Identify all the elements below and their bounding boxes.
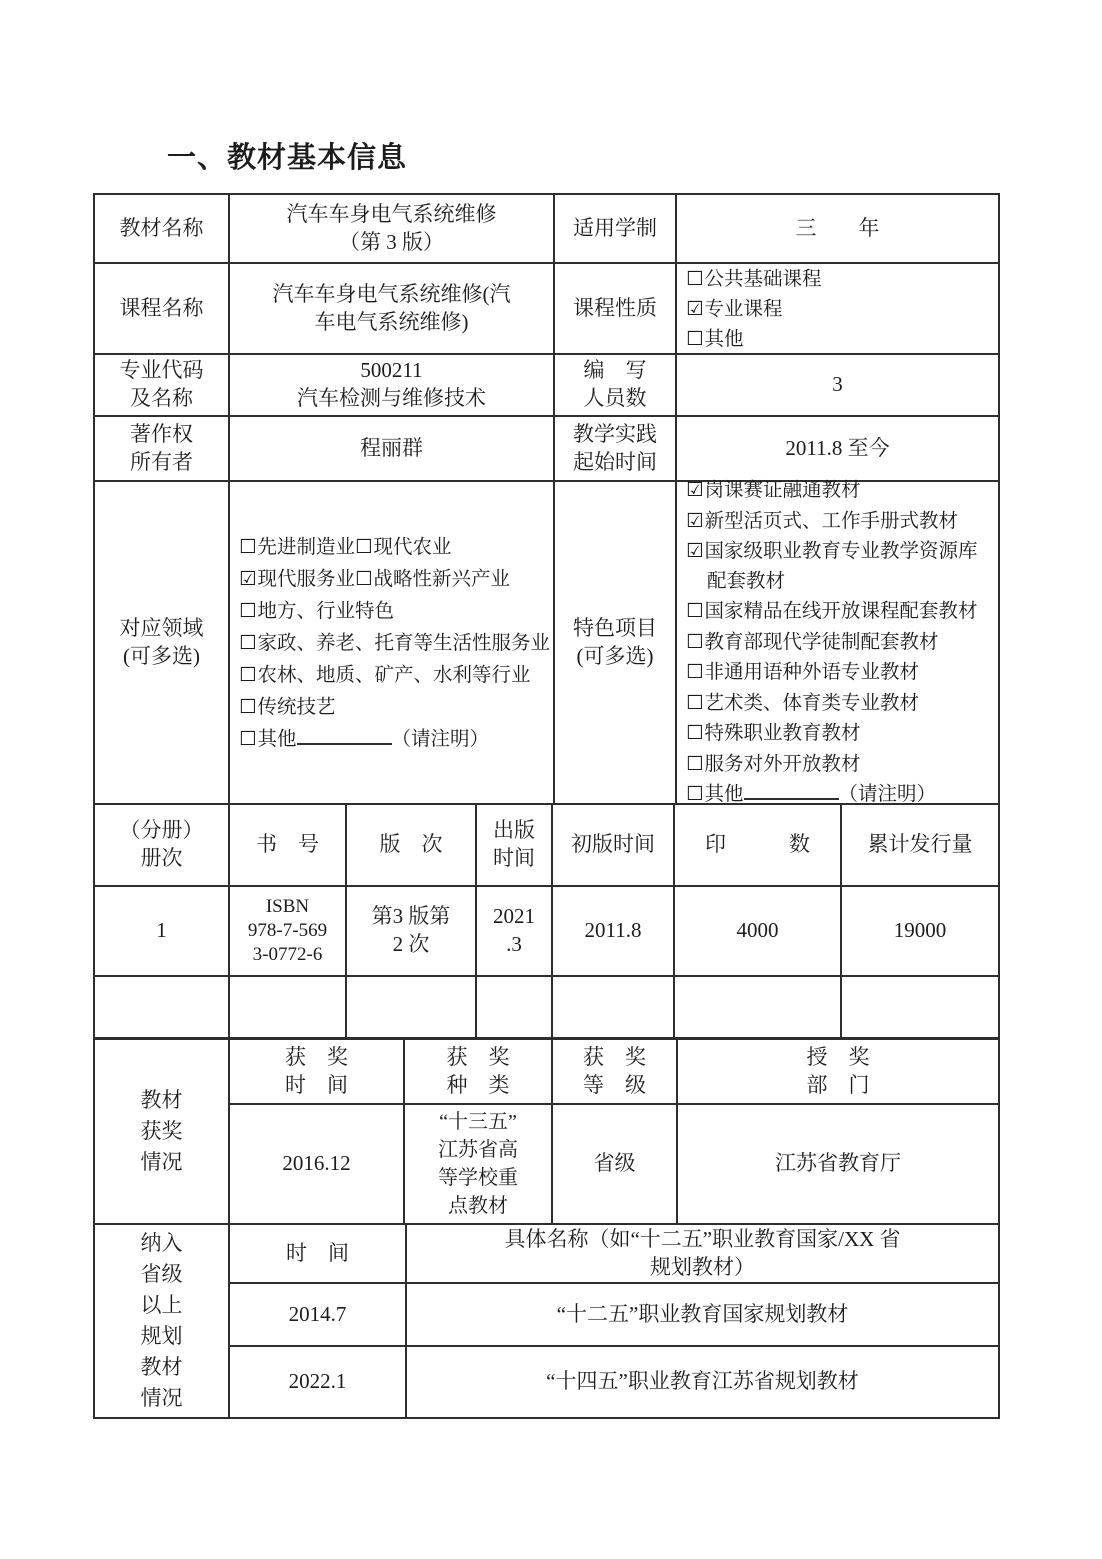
checkbox-icon[interactable]: ☐ [686,327,703,350]
field-label-copyright-owner: 著作权 所有者 [95,417,230,482]
checkbox-option: ☐非通用语种外语专业教材 [686,657,978,688]
column-header-print-count: 印 数 [675,805,842,887]
field-value-copyright-owner: 程丽群 [230,417,555,482]
checkbox-icon[interactable]: ☐ [355,535,372,558]
field-label-feature: 特色项目 (可多选) [555,482,677,805]
checkbox-icon[interactable]: ☐ [686,752,703,775]
cell-edition: 第3 版第 2 次 [347,887,477,977]
cell-plan-time: 2022.1 [230,1347,407,1419]
awards-header-row: 获 奖 时 间 获 奖 种 类 获 奖 等 级 授 奖 部 门 [230,1040,1000,1105]
column-header-total-circulation: 累计发行量 [842,805,1000,887]
table-row: 课程名称 汽车车身电气系统维修(汽 车电气系统维修) 课程性质 ☐公共基础课程 … [95,264,1000,355]
field-label-awards: 教材 获奖 情况 [95,1040,230,1225]
checkbox-option: ☐服务对外开放教材 [686,749,978,780]
cell-award-department: 江苏省教育厅 [678,1105,1000,1225]
field-value-author-count: 3 [677,355,1000,417]
column-header-plan-name: 具体名称（如“十二五”职业教育国家/XX 省 规划教材） [407,1225,1000,1284]
checkbox-option: ☑新型活页式、工作手册式教材 [686,506,978,537]
cell-total-circulation: 19000 [842,887,1000,977]
checkbox-option: ☐家政、养老、托育等生活性服务业 [239,627,550,659]
checkbox-option: ☐教育部现代学徒制配套教材 [686,627,978,658]
table-row: 专业代码 及名称 500211 汽车检测与维修技术 编 写 人员数 3 [95,355,1000,417]
planned-data-row: 2022.1 “十四五”职业教育江苏省规划教材 [230,1347,1000,1419]
checkbox-icon[interactable]: ☐ [686,267,703,290]
checkbox-option: ☐艺术类、体育类专业教材 [686,688,978,719]
publication-data-row: 1 ISBN 978-7-569 3-0772-6 第3 版第 2 次 2021… [95,887,1000,977]
field-label-domain: 对应领域 (可多选) [95,482,230,805]
option-label: 专业课程 [704,299,782,320]
column-header-award-time: 获 奖 时 间 [230,1040,405,1105]
option-label: 地方、行业特色 [257,601,394,622]
option-label: 特殊职业教育教材 [704,723,860,744]
checkbox-option: ☑专业课程 [686,294,822,324]
checkbox-icon[interactable]: ☐ [239,663,256,686]
publication-empty-row [95,977,1000,1040]
field-value-practice-start: 2011.8 至今 [677,417,1000,482]
option-suffix: （请注明） [839,784,937,805]
domain-options: ☐先进制造业☐现代农业 ☑现代服务业☐战略性新兴产业 ☐地方、行业特色 ☐家政、… [239,531,550,755]
field-label-planned-textbook: 纳入 省级 以上 规划 教材 情况 [95,1225,230,1419]
checkbox-option: ☐公共基础课程 [686,264,822,294]
checkbox-checked-icon[interactable]: ☑ [686,509,703,532]
checkbox-checked-icon[interactable]: ☑ [686,539,703,562]
option-label: 艺术类、体育类专业教材 [704,693,919,714]
field-label-author-count: 编 写 人员数 [555,355,677,417]
empty-cell [230,977,347,1040]
checkbox-option: ☐地方、行业特色 [239,595,550,627]
option-label: 国家精品在线开放课程配套教材 [704,601,977,622]
field-label-practice-start: 教学实践 起始时间 [555,417,677,482]
column-header-volume: （分册） 册次 [95,805,230,887]
empty-cell [553,977,675,1040]
column-header-award-department: 授 奖 部 门 [678,1040,1000,1105]
column-header-award-level: 获 奖 等 级 [553,1040,678,1105]
field-value-major-code: 500211 汽车检测与维修技术 [230,355,555,417]
cell-award-level: 省级 [553,1105,678,1225]
column-header-book-number: 书 号 [230,805,347,887]
option-label: 公共基础课程 [704,269,821,290]
field-label-course-name: 课程名称 [95,264,230,355]
option-label: 其他 [257,729,296,750]
option-label: 服务对外开放教材 [704,754,860,775]
column-header-publish-time: 出版 时间 [477,805,553,887]
checkbox-checked-icon[interactable]: ☑ [686,297,703,320]
checkbox-option: ☐传统技艺 [239,691,550,723]
blank-line [297,742,392,745]
checkbox-icon[interactable]: ☐ [239,695,256,718]
awards-section: 教材 获奖 情况 获 奖 时 间 获 奖 种 类 获 奖 等 级 授 奖 部 门… [95,1040,1000,1225]
section-title: 一、教材基本信息 [167,135,407,176]
cell-plan-time: 2014.7 [230,1284,407,1347]
checkbox-icon[interactable]: ☐ [355,567,372,590]
feature-options-cell: ☑岗课赛证融通教材 ☑新型活页式、工作手册式教材 ☑国家级职业教育专业教学资源库… [677,482,1000,805]
domain-options-cell: ☐先进制造业☐现代农业 ☑现代服务业☐战略性新兴产业 ☐地方、行业特色 ☐家政、… [230,482,555,805]
blank-line [744,797,839,800]
checkbox-icon[interactable]: ☐ [239,631,256,654]
course-type-options-cell: ☐公共基础课程 ☑专业课程 ☐其他 [677,264,1000,355]
checkbox-checked-icon[interactable]: ☑ [239,567,256,590]
empty-cell [95,977,230,1040]
checkbox-option-pair: ☐先进制造业☐现代农业 [239,531,550,563]
checkbox-option: ☑国家级职业教育专业教学资源库 配套教材 [686,536,978,596]
checkbox-option-pair: ☑现代服务业☐战略性新兴产业 [239,563,550,595]
field-value-textbook-name: 汽车车身电气系统维修 （第 3 版） [230,195,555,264]
option-label: 其他 [704,329,743,350]
checkbox-option: ☐其他 [686,324,822,354]
checkbox-icon[interactable]: ☐ [686,691,703,714]
option-label: 农林、地质、矿产、水利等行业 [257,665,530,686]
option-suffix: （请注明） [392,729,490,750]
option-label: 教育部现代学徒制配套教材 [704,632,938,653]
checkbox-icon[interactable]: ☐ [239,535,256,558]
field-label-major-code: 专业代码 及名称 [95,355,230,417]
publication-header-row: （分册） 册次 书 号 版 次 出版 时间 初版时间 印 数 累计发行量 [95,805,1000,887]
awards-subtable: 获 奖 时 间 获 奖 种 类 获 奖 等 级 授 奖 部 门 2016.12 … [230,1040,1000,1225]
cell-award-kind: “十三五” 江苏省高 等学校重 点教材 [405,1105,553,1225]
document-page: 一、教材基本信息 教材名称 汽车车身电气系统维修 （第 3 版） 适用学制 三 … [0,0,1102,1559]
cell-plan-name: “十四五”职业教育江苏省规划教材 [407,1347,1000,1419]
option-label: 现代服务业 [257,569,355,590]
checkbox-icon[interactable]: ☐ [686,721,703,744]
checkbox-icon[interactable]: ☐ [686,782,703,805]
checkbox-option: ☑岗课赛证融通教材 [686,475,978,506]
empty-cell [347,977,477,1040]
option-label: 岗课赛证融通教材 [704,480,860,501]
checkbox-icon[interactable]: ☐ [239,599,256,622]
course-type-options: ☐公共基础课程 ☑专业课程 ☐其他 [686,264,822,354]
cell-award-time: 2016.12 [230,1105,405,1225]
field-value-course-name: 汽车车身电气系统维修(汽 车电气系统维修) [230,264,555,355]
planned-textbook-section: 纳入 省级 以上 规划 教材 情况 时 间 具体名称（如“十二五”职业教育国家/… [95,1225,1000,1419]
checkbox-icon[interactable]: ☐ [686,630,703,653]
planned-data-row: 2014.7 “十二五”职业教育国家规划教材 [230,1284,1000,1347]
cell-book-number: ISBN 978-7-569 3-0772-6 [230,887,347,977]
option-label: 战略性新兴产业 [373,569,510,590]
field-label-course-type: 课程性质 [555,264,677,355]
option-label: 其他 [704,784,743,805]
empty-cell [675,977,842,1040]
empty-cell [842,977,1000,1040]
checkbox-icon[interactable]: ☐ [686,660,703,683]
option-label: 现代农业 [373,537,451,558]
column-header-edition: 版 次 [347,805,477,887]
checkbox-option: ☐国家精品在线开放课程配套教材 [686,596,978,627]
option-label: 先进制造业 [257,537,355,558]
option-label: 家政、养老、托育等生活性服务业 [257,633,550,654]
field-label-textbook-name: 教材名称 [95,195,230,264]
field-label-schooling-length: 适用学制 [555,195,677,264]
checkbox-option: ☐农林、地质、矿产、水利等行业 [239,659,550,691]
option-label: 新型活页式、工作手册式教材 [704,511,958,532]
column-header-plan-time: 时 间 [230,1225,407,1284]
cell-publish-time: 2021 .3 [477,887,553,977]
column-header-first-edition-time: 初版时间 [553,805,675,887]
checkbox-checked-icon[interactable]: ☑ [686,478,703,501]
option-label: 国家级职业教育专业教学资源库 配套教材 [704,541,977,592]
awards-data-row: 2016.12 “十三五” 江苏省高 等学校重 点教材 省级 江苏省教育厅 [230,1105,1000,1225]
option-label: 传统技艺 [257,697,335,718]
cell-print-count: 4000 [675,887,842,977]
cell-volume: 1 [95,887,230,977]
table-row: 著作权 所有者 程丽群 教学实践 起始时间 2011.8 至今 [95,417,1000,482]
planned-subtable: 时 间 具体名称（如“十二五”职业教育国家/XX 省 规划教材） 2014.7 … [230,1225,1000,1419]
option-label: 非通用语种外语专业教材 [704,662,919,683]
table-row: 教材名称 汽车车身电气系统维修 （第 3 版） 适用学制 三 年 [95,195,1000,264]
textbook-info-table: 教材名称 汽车车身电气系统维修 （第 3 版） 适用学制 三 年 课程名称 汽车… [93,193,1000,1419]
checkbox-icon[interactable]: ☐ [239,727,256,750]
feature-options: ☑岗课赛证融通教材 ☑新型活页式、工作手册式教材 ☑国家级职业教育专业教学资源库… [686,475,978,810]
planned-header-row: 时 间 具体名称（如“十二五”职业教育国家/XX 省 规划教材） [230,1225,1000,1284]
cell-plan-name: “十二五”职业教育国家规划教材 [407,1284,1000,1347]
column-header-award-kind: 获 奖 种 类 [405,1040,553,1105]
field-value-schooling-length: 三 年 [677,195,1000,264]
checkbox-option: ☐特殊职业教育教材 [686,718,978,749]
checkbox-icon[interactable]: ☐ [686,599,703,622]
checkbox-option-other: ☐其他（请注明） [239,723,550,755]
cell-first-edition-time: 2011.8 [553,887,675,977]
table-row: 对应领域 (可多选) ☐先进制造业☐现代农业 ☑现代服务业☐战略性新兴产业 ☐地… [95,482,1000,805]
empty-cell [477,977,553,1040]
